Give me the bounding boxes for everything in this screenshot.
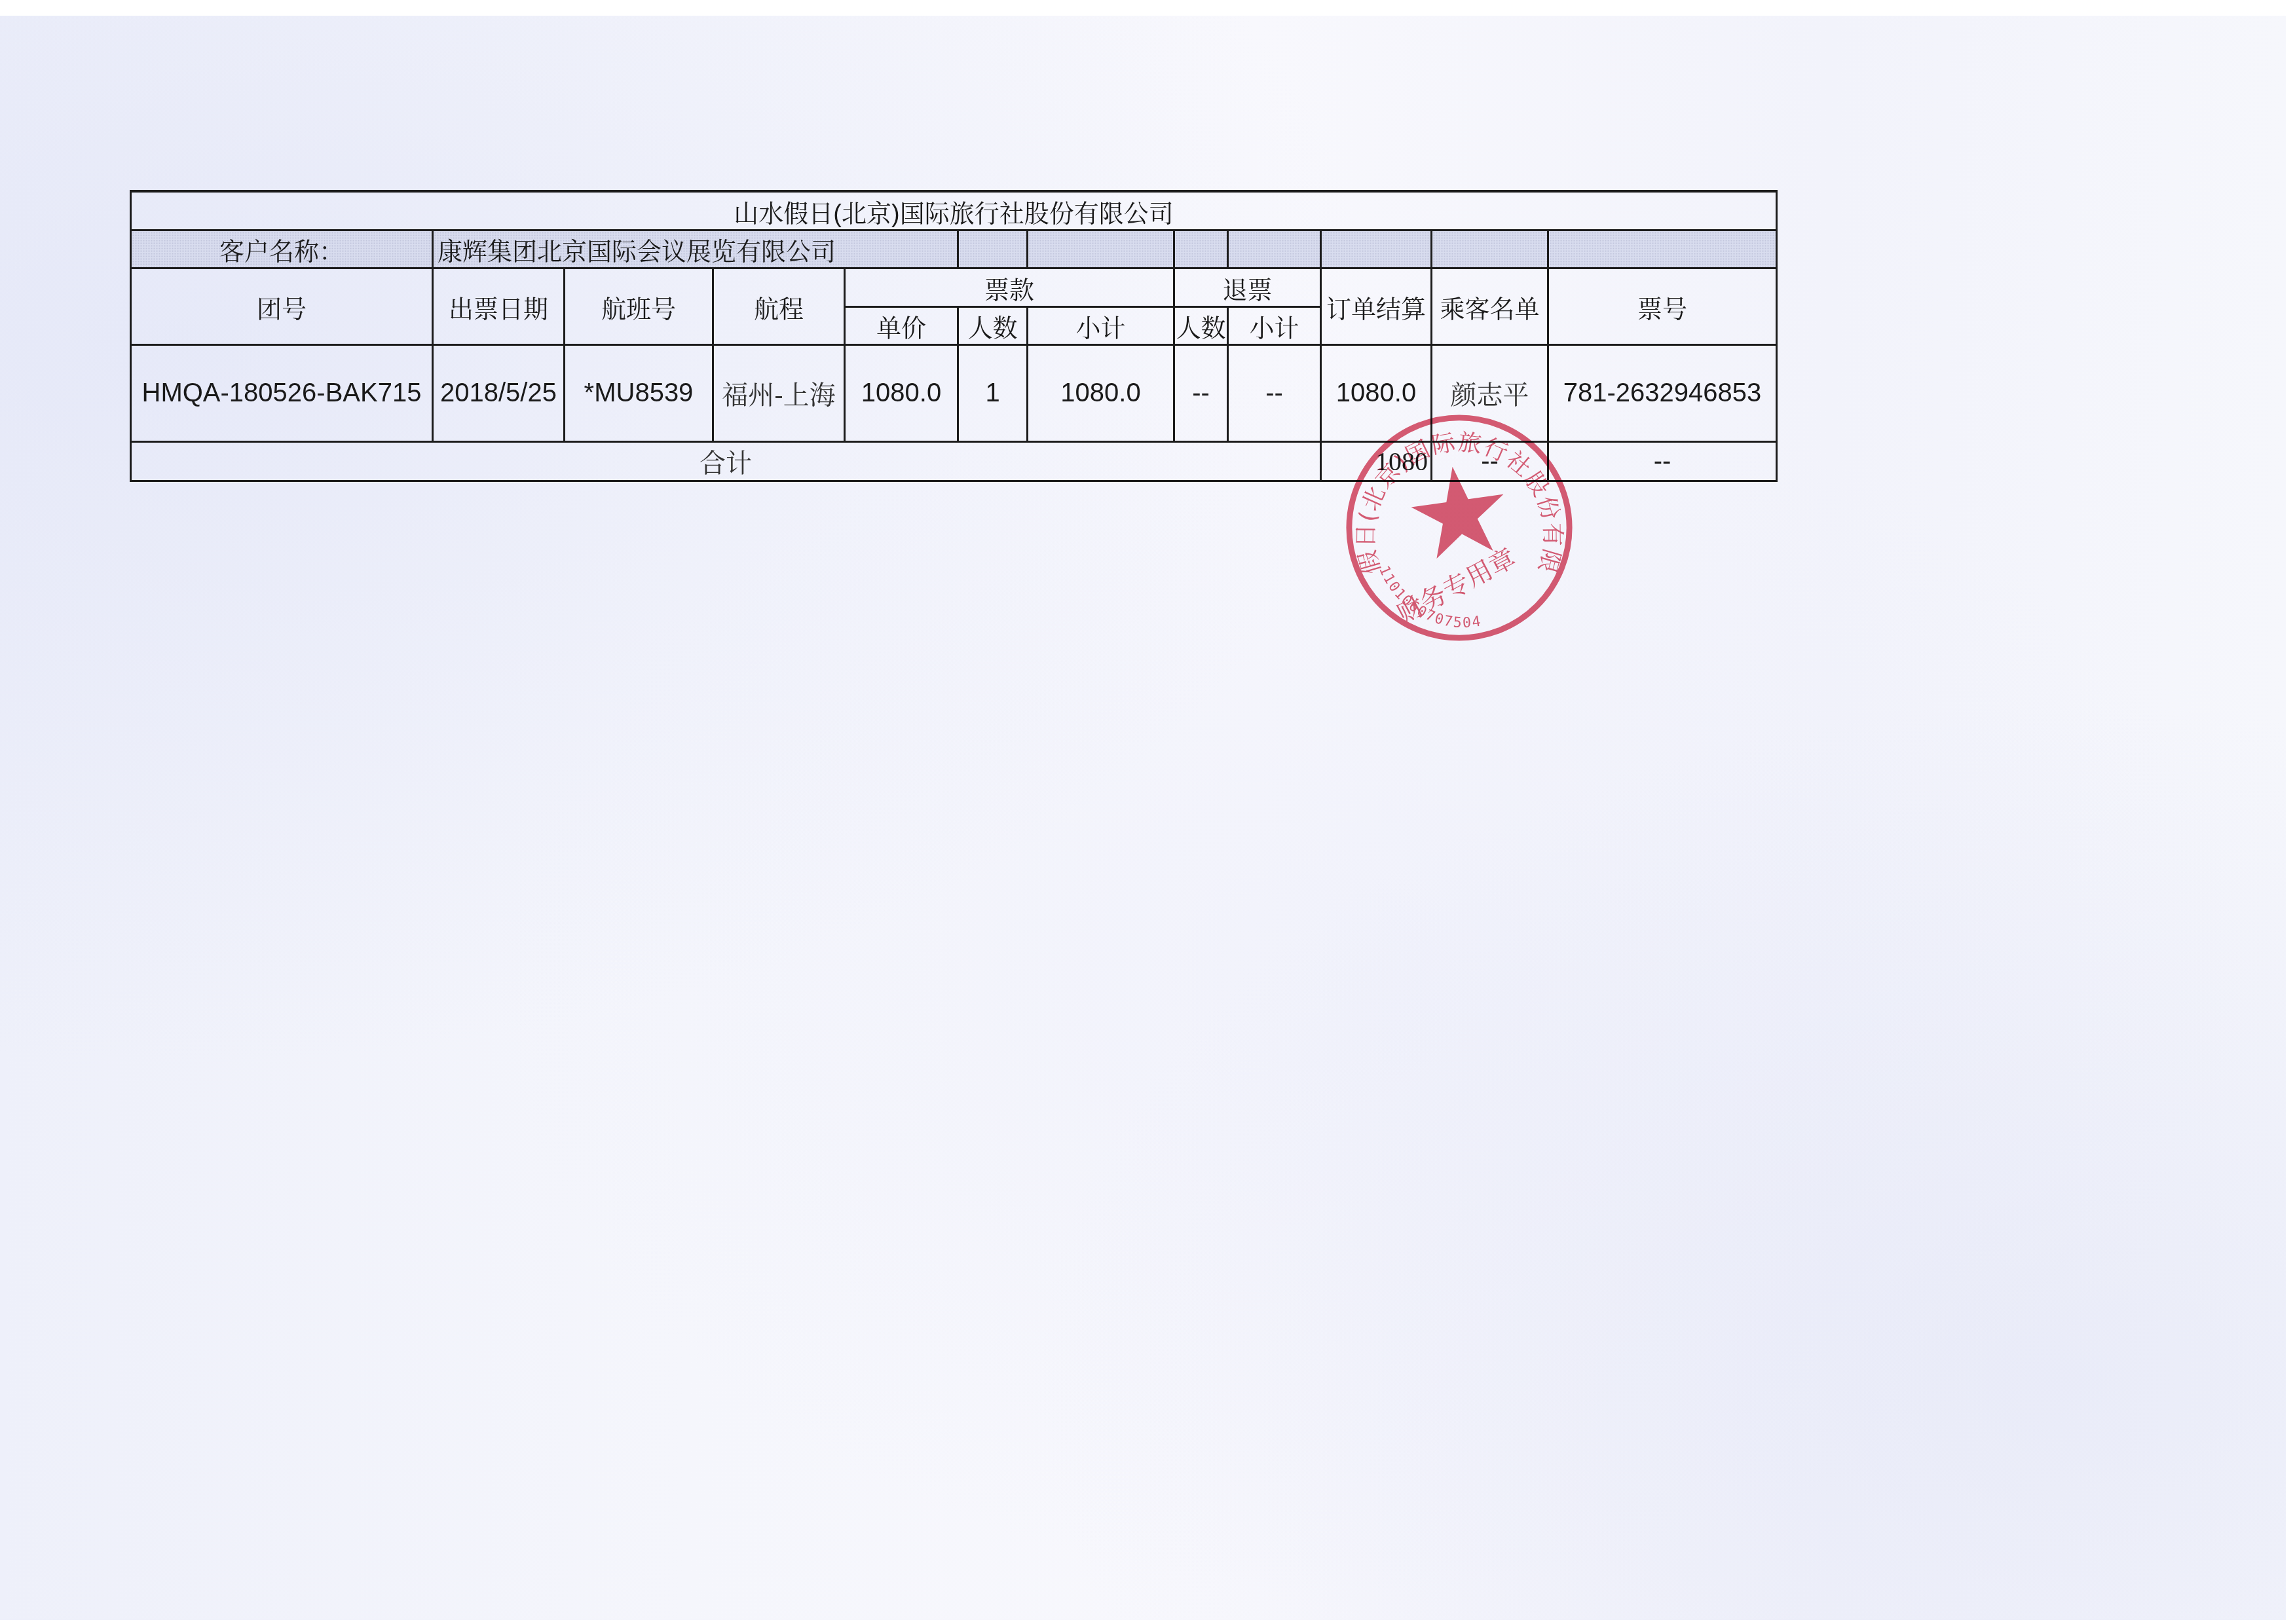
cell-refund-subtotal: -- — [1228, 345, 1321, 442]
cell-route: 福州-上海 — [713, 345, 845, 442]
header-flight-no: 航班号 — [565, 268, 713, 345]
table-row: HMQA-180526-BAK715 2018/5/25 *MU8539 福州-… — [131, 345, 1777, 442]
customer-row-blank — [1321, 231, 1432, 268]
customer-row-blank — [1228, 231, 1321, 268]
header-refund-subtotal: 小计 — [1228, 307, 1321, 345]
header-fare-group: 票款 — [845, 268, 1174, 307]
header-fare-unit-price: 单价 — [845, 307, 958, 345]
header-ticket-no: 票号 — [1548, 268, 1777, 345]
total-ticket-no: -- — [1548, 442, 1777, 481]
header-group-no: 团号 — [131, 268, 433, 345]
cell-passenger: 颜志平 — [1432, 345, 1548, 442]
total-order-settlement: 1080 — [1321, 442, 1432, 481]
cell-order-settlement: 1080.0 — [1321, 345, 1432, 442]
flight-ticket-statement-table: 山水假日(北京)国际旅行社股份有限公司 客户名称： 康辉集团北京国际会议展览有限… — [130, 190, 1778, 482]
cell-flight-no: *MU8539 — [565, 345, 713, 442]
customer-row-blank — [1028, 231, 1174, 268]
cell-count: 1 — [958, 345, 1028, 442]
cell-ticket-no: 781-2632946853 — [1548, 345, 1777, 442]
total-row: 合计 1080 -- -- — [131, 442, 1777, 481]
cell-issue-date: 2018/5/25 — [433, 345, 565, 442]
header-order-settlement: 订单结算 — [1321, 268, 1432, 345]
customer-row-blank — [1174, 231, 1228, 268]
cell-subtotal: 1080.0 — [1028, 345, 1174, 442]
header-refund-group: 退票 — [1174, 268, 1321, 307]
header-fare-count: 人数 — [958, 307, 1028, 345]
header-route: 航程 — [713, 268, 845, 345]
customer-row-blank — [1548, 231, 1777, 268]
customer-row-blank — [1432, 231, 1548, 268]
company-title: 山水假日(北京)国际旅行社股份有限公司 — [131, 191, 1777, 231]
customer-name-value: 康辉集团北京国际会议展览有限公司 — [433, 231, 958, 268]
cell-group-no: HMQA-180526-BAK715 — [131, 345, 433, 442]
total-passenger: -- — [1432, 442, 1548, 481]
customer-name-label: 客户名称： — [131, 231, 433, 268]
header-issue-date: 出票日期 — [433, 268, 565, 345]
header-passenger-list: 乘客名单 — [1432, 268, 1548, 345]
cell-refund-count: -- — [1174, 345, 1228, 442]
header-refund-count: 人数 — [1174, 307, 1228, 345]
header-fare-subtotal: 小计 — [1028, 307, 1174, 345]
cell-unit-price: 1080.0 — [845, 345, 958, 442]
customer-row-blank — [958, 231, 1028, 268]
total-label: 合计 — [131, 442, 1321, 481]
